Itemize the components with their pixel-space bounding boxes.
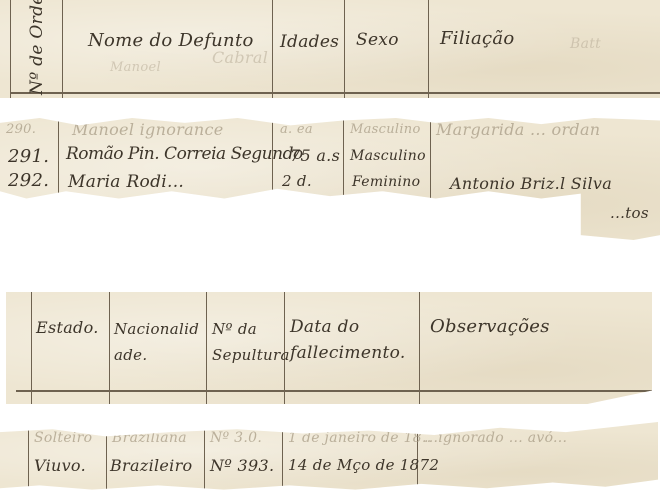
fragment-entries-top: 290. Manoel ignorance a. ea Masculino Ma… xyxy=(0,118,660,240)
bleed-through-text: Cabral xyxy=(212,48,268,67)
entry-filiation: Margarida ... ordan xyxy=(436,120,600,139)
entry-number: 292. xyxy=(8,170,49,191)
entry-sex: Feminino xyxy=(352,174,420,190)
header-order-number: Nº de Ordem xyxy=(27,5,47,95)
ruling-line xyxy=(10,0,11,98)
fragment-entries-bottom: Solteiro Braziliana Nº 3.0. 1 de janeiro… xyxy=(0,422,658,494)
ruling-line xyxy=(344,0,345,98)
entry-name: Romão Pin. Correia Segundo xyxy=(66,144,303,164)
ruling-line xyxy=(282,422,283,494)
entry-marital-state: Viuvo. xyxy=(34,456,86,475)
ruling-line xyxy=(31,292,32,404)
ruling-line xyxy=(28,422,29,494)
bleed-through-text: Manoel xyxy=(110,60,161,75)
entry-grave-number: Nº 393. xyxy=(210,456,274,475)
ruling-line xyxy=(204,422,205,494)
header-death-date: Data do fallecimento. xyxy=(290,314,420,366)
entry-observations: ...ignorado ... avó... xyxy=(424,430,567,446)
header-nationality: Nacionalidade. xyxy=(114,316,202,368)
entry-number: 291. xyxy=(8,146,49,167)
entry-nationality: Brazileiro xyxy=(110,456,192,475)
entry-number: 290. xyxy=(6,122,36,137)
ruling-line xyxy=(62,0,63,98)
header-marital-state: Estado. xyxy=(36,318,99,337)
header-grave-number: Nº da Sepultura xyxy=(212,316,284,368)
ruling-line xyxy=(106,422,107,494)
fragment-header-bottom: Estado. Nacionalidade. Nº da Sepultura D… xyxy=(6,292,652,404)
bleed-through-text: Batt xyxy=(570,36,601,52)
entry-age: 75 a.s xyxy=(290,146,340,165)
header-age: Idades xyxy=(280,32,339,52)
header-sex: Sexo xyxy=(356,30,399,50)
ruling-line xyxy=(428,0,429,98)
ruling-line xyxy=(272,0,273,98)
ruling-line xyxy=(343,118,344,198)
entry-filiation: Antonio Briz.l Silva xyxy=(450,174,612,193)
header-filiation: Filiação xyxy=(440,28,515,49)
entry-age: 2 d. xyxy=(282,172,312,190)
ruling-line xyxy=(430,118,431,198)
ruling-line xyxy=(10,92,660,94)
header-observations: Observações xyxy=(430,316,550,337)
entry-nationality: Braziliana xyxy=(112,430,187,446)
entry-marital-state: Solteiro xyxy=(34,430,92,446)
entry-age: a. ea xyxy=(280,122,313,137)
entry-sex: Masculino xyxy=(350,122,421,137)
ruling-line xyxy=(206,292,207,404)
entry-death-date: 1 de janeiro de 18.. xyxy=(288,430,432,446)
entry-name: Manoel ignorance xyxy=(72,120,224,139)
ruling-line xyxy=(109,292,110,404)
fragment-header-top: Nº de Ordem Nome do Defunto Idades Sexo … xyxy=(0,0,660,98)
entry-sex: Masculino xyxy=(350,148,426,164)
ruling-line xyxy=(58,118,59,198)
entry-name: Maria Rodi... xyxy=(68,172,184,192)
entry-filiation: ...tos xyxy=(610,204,649,222)
entry-grave-number: Nº 3.0. xyxy=(210,430,262,446)
ruling-line xyxy=(16,390,652,392)
entry-death-date: 14 de Mço de 1872 xyxy=(288,456,439,474)
